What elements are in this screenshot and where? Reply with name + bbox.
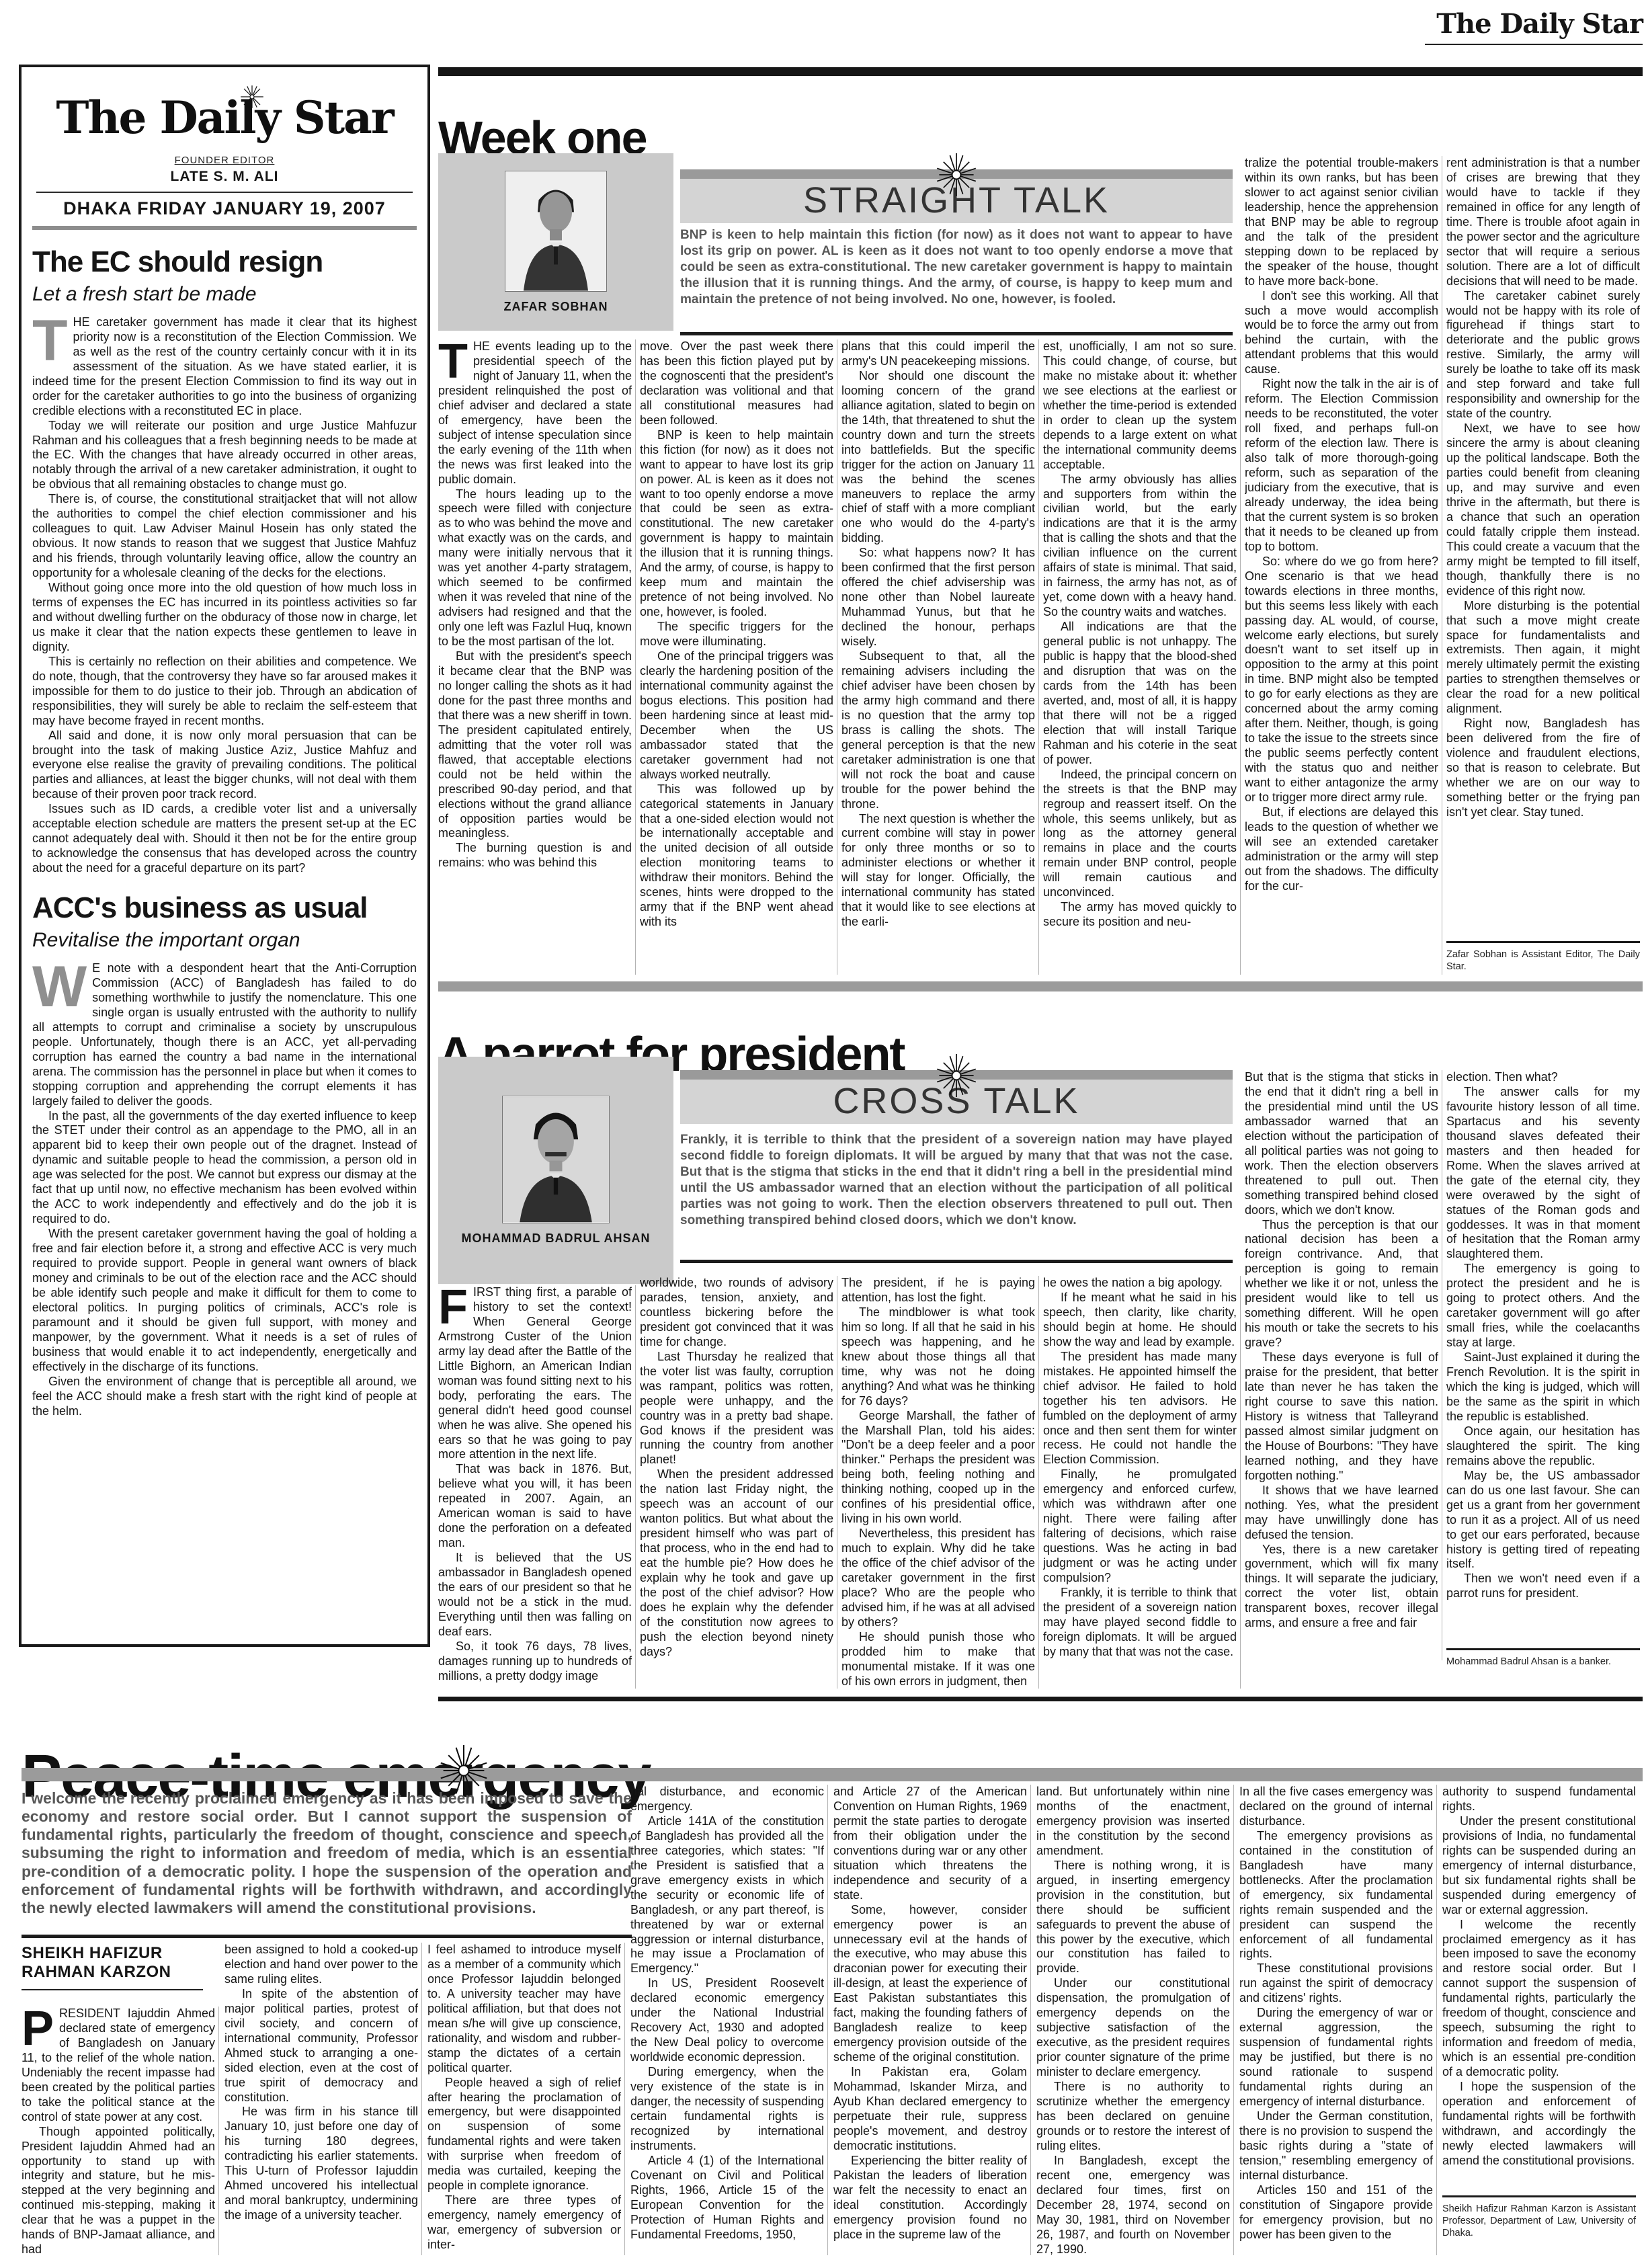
paragraph: Under the German constitution, there is … xyxy=(1239,2109,1433,2183)
paragraph: I don't see this working. All that such … xyxy=(1245,289,1438,378)
paragraph: Experiencing the bitter reality of Pakis… xyxy=(833,2154,1027,2242)
paragraph: Under our constitutional dispensation, t… xyxy=(1036,1976,1230,2080)
article-column: plans that this could imperil the army's… xyxy=(841,339,1039,975)
article-column: election. Then what?The answer calls for… xyxy=(1446,1070,1640,1643)
paragraph: The army has moved quickly to secure its… xyxy=(1043,900,1237,930)
article-column: But that is the stigma that sticks in th… xyxy=(1245,1070,1442,1660)
article-column: been assigned to hold a cooked-up electi… xyxy=(224,1943,422,2255)
article-column: nal disturbance, and economic emergency.… xyxy=(630,1785,828,2255)
founder-editor-name: LATE S. M. ALI xyxy=(32,169,417,185)
paragraph: Indeed, the principal concern on the str… xyxy=(1043,768,1237,901)
section-rule-gray xyxy=(22,1768,1643,1781)
section-rule-gray xyxy=(438,981,1643,991)
paragraph: nal disturbance, and economic emergency. xyxy=(630,1785,824,1814)
paragraph: So: what happens now? It has been confir… xyxy=(841,546,1035,649)
paragraph: election. Then what? xyxy=(1446,1070,1640,1085)
newspaper-title: The Daily Star xyxy=(32,91,417,144)
article-column: THE events leading up to the presidentia… xyxy=(438,339,636,975)
paragraph: Next, we have to see how sincere the arm… xyxy=(1446,421,1640,598)
editorial-ec-article: The EC should resign Let a fresh start b… xyxy=(32,247,417,876)
paragraph: During the emergency of war or external … xyxy=(1239,2006,1433,2109)
article-column: tralize the potential trouble-makers wit… xyxy=(1245,156,1442,975)
paragraph: Given the environment of change that is … xyxy=(32,1375,417,1419)
paragraph: Yes, there is a new caretaker government… xyxy=(1245,1543,1438,1631)
article-column: land. But unfortunately within nine mont… xyxy=(1036,1785,1234,2255)
paragraph: The next question is whether the current… xyxy=(841,812,1035,930)
corner-logo: The Daily Star xyxy=(1425,8,1643,45)
paragraph: and Article 27 of the American Conventio… xyxy=(833,1785,1027,1903)
paragraph: There is, of course, the constitutional … xyxy=(32,492,417,581)
paragraph: Thus the perception is that our national… xyxy=(1245,1218,1438,1351)
paragraph: Last Thursday he realized that the voter… xyxy=(640,1350,833,1468)
starburst-icon xyxy=(935,153,978,196)
article-column: PRESIDENT Iajuddin Ahmed declared state … xyxy=(22,2007,219,2255)
paragraph: The president has made many mistakes. He… xyxy=(1043,1350,1237,1468)
paragraph: THE caretaker government has made it cle… xyxy=(32,315,417,419)
editorial-acc-article: ACC's business as usual Revitalise the i… xyxy=(32,893,417,1418)
paragraph: Though appointed politically, President … xyxy=(22,2125,215,2255)
paragraph: THE events leading up to the presidentia… xyxy=(438,339,632,487)
author-name: MOHAMMAD BADRUL AHSAN xyxy=(438,1231,673,1246)
paragraph: But, if elections are delayed this leads… xyxy=(1245,805,1438,894)
paragraph: All said and done, it is now only moral … xyxy=(32,729,417,803)
paragraph: Finally, he promulgated emergency and en… xyxy=(1043,1467,1237,1586)
editorial-headline: The EC should resign xyxy=(32,247,417,278)
paragraph: PRESIDENT Iajuddin Ahmed declared state … xyxy=(22,2007,215,2125)
paragraph: Right now the talk in the air is of refo… xyxy=(1245,377,1438,554)
paragraph: WE note with a despondent heart that the… xyxy=(32,961,417,1109)
article-column: FIRST thing first, a parable of history … xyxy=(438,1285,636,1689)
paragraph: land. But unfortunately within nine mont… xyxy=(1036,1785,1230,1859)
paragraph: est, unofficially, I am not so sure. Thi… xyxy=(1043,339,1237,473)
editorial-subhead: Revitalise the important organ xyxy=(32,929,417,952)
section-rule-black xyxy=(438,1697,1643,1701)
paragraph: It is believed that the US ambassador in… xyxy=(438,1551,632,1639)
paragraph: Under the present constitutional provisi… xyxy=(1442,1814,1636,1918)
paragraph: So, it took 76 days, 78 lives, damages r… xyxy=(438,1639,632,1684)
paragraph: FIRST thing first, a parable of history … xyxy=(438,1285,632,1462)
paragraph: he owes the nation a big apology. xyxy=(1043,1276,1237,1291)
paragraph: May be, the US ambassador can do us one … xyxy=(1446,1469,1640,1572)
paragraph: Article 4 (1) of the International Coven… xyxy=(630,2154,824,2242)
masthead-logo: The Daily Star xyxy=(32,91,417,144)
author-bio: Zafar Sobhan is Assistant Editor, The Da… xyxy=(1446,941,1640,973)
paragraph: move. Over the past week there has been … xyxy=(640,339,833,428)
paragraph: In Bangladesh, except the recent one, em… xyxy=(1036,2154,1230,2255)
masthead-star-icon xyxy=(240,85,264,109)
paragraph: The army obviously has allies and suppor… xyxy=(1043,473,1237,620)
paragraph: tralize the potential trouble-makers wit… xyxy=(1245,156,1438,289)
paragraph: BNP is keen to help maintain this fictio… xyxy=(640,428,833,620)
paragraph: These days everyone is full of praise fo… xyxy=(1245,1350,1438,1484)
paragraph: been assigned to hold a cooked-up electi… xyxy=(224,1943,418,1987)
paragraph: Saint-Just explained it during the Frenc… xyxy=(1446,1350,1640,1424)
article-column: and Article 27 of the American Conventio… xyxy=(833,1785,1031,2255)
paragraph: He was firm in his stance till January 1… xyxy=(224,2105,418,2223)
paragraph: Without going once more into the old que… xyxy=(32,581,417,655)
editorial-headline: ACC's business as usual xyxy=(32,893,417,924)
paragraph: In the past, all the governments of the … xyxy=(32,1109,417,1227)
paragraph: So: where do we go from here? One scenar… xyxy=(1245,555,1438,805)
article-standfirst: BNP is keen to help maintain this fictio… xyxy=(680,227,1233,335)
article-column: est, unofficially, I am not so sure. Thi… xyxy=(1043,339,1241,975)
paragraph: All indications are that the general pub… xyxy=(1043,620,1237,768)
article-standfirst: I welcome the recently proclaimed emerge… xyxy=(22,1789,632,1938)
editorial-box: The Daily Star FOUNDER EDITOR LATE S. M.… xyxy=(19,65,430,1647)
paragraph: There is nothing wrong, it is argued, in… xyxy=(1036,1859,1230,1977)
paragraph: With the present caretaker government ha… xyxy=(32,1227,417,1375)
paragraph: plans that this could imperil the army's… xyxy=(841,339,1035,369)
paragraph: I welcome the recently proclaimed emerge… xyxy=(1442,1918,1636,2080)
masthead: The Daily Star FOUNDER EDITOR LATE S. M.… xyxy=(32,91,417,230)
paragraph: It shows that we have learned nothing. Y… xyxy=(1245,1484,1438,1543)
paragraph: I feel ashamed to introduce myself as a … xyxy=(427,1943,621,2076)
paragraph: This was followed up by categorical stat… xyxy=(640,782,833,930)
paragraph: Today we will reiterate our position and… xyxy=(32,419,417,493)
paragraph: That was back in 1876. But, believe what… xyxy=(438,1462,632,1551)
paragraph: Some, however, consider emergency power … xyxy=(833,1903,1027,2065)
column-banner-cross-talk: CROSS TALK xyxy=(680,1070,1233,1124)
paragraph: The answer calls for my favourite histor… xyxy=(1446,1085,1640,1262)
paragraph: Issues such as ID cards, a credible vote… xyxy=(32,802,417,876)
paragraph: More disturbing is the potential that su… xyxy=(1446,599,1640,717)
article-column: he owes the nation a big apology.If he m… xyxy=(1043,1276,1241,1689)
paragraph: During emergency, when the very existenc… xyxy=(630,2065,824,2154)
paragraph: Right now, Bangladesh has been delivered… xyxy=(1446,717,1640,820)
paragraph: There is no authority to scrutinize whet… xyxy=(1036,2080,1230,2154)
paragraph: Article 141A of the constitution of Bang… xyxy=(630,1814,824,1976)
paragraph: Nevertheless, this president has much to… xyxy=(841,1527,1035,1630)
paragraph: In all the five cases emergency was decl… xyxy=(1239,1785,1433,1829)
section-rule-black xyxy=(438,67,1643,76)
paragraph: But with the president's speech it becam… xyxy=(438,649,632,841)
author-photo-zafar-sobhan xyxy=(505,171,607,292)
article-column: authority to suspend fundamental rights.… xyxy=(1442,1785,1636,2191)
paragraph: Frankly, it is terrible to think that th… xyxy=(1043,1586,1237,1660)
article-column: I feel ashamed to introduce myself as a … xyxy=(427,1943,625,2255)
starburst-icon xyxy=(935,1054,978,1097)
paragraph: In spite of the abstention of major poli… xyxy=(224,1987,418,2105)
paragraph: I hope the suspension of the operation a… xyxy=(1442,2080,1636,2169)
paragraph: These constitutional provisions run agai… xyxy=(1239,1961,1433,2006)
paragraph: When the president addressed the nation … xyxy=(640,1467,833,1659)
paragraph: Subsequent to that, all the remaining ad… xyxy=(841,649,1035,811)
divider-rule xyxy=(32,226,417,230)
article-column: worldwide, two rounds of advisory parade… xyxy=(640,1276,837,1689)
newspaper-page: The Daily Star FOUNDER EDITOR LATE S. M.… xyxy=(0,0,1648,2268)
paragraph: If he meant what he said in his speech, … xyxy=(1043,1291,1237,1350)
paragraph: In Pakistan era, Golam Mohammad, Iskande… xyxy=(833,2065,1027,2154)
paragraph: The mindblower is what took him so long.… xyxy=(841,1305,1035,1409)
paragraph: Nor should one discount the looming conc… xyxy=(841,369,1035,546)
paragraph: There are three types of emergency, name… xyxy=(427,2193,621,2253)
paragraph: worldwide, two rounds of advisory parade… xyxy=(640,1276,833,1350)
article-column: In all the five cases emergency was decl… xyxy=(1239,1785,1437,2255)
author-panel-badrul-ahsan: MOHAMMAD BADRUL AHSAN xyxy=(438,1057,673,1284)
founder-editor-label: FOUNDER EDITOR xyxy=(32,155,417,166)
paragraph: One of the principal triggers was clearl… xyxy=(640,649,833,782)
author-name: ZAFAR SOBHAN xyxy=(438,300,673,314)
paragraph: The burning question is and remains: who… xyxy=(438,841,632,870)
author-panel-zafar-sobhan: ZAFAR SOBHAN xyxy=(438,153,673,331)
paragraph: People heaved a sigh of relief after hea… xyxy=(427,2076,621,2194)
paragraph: rent administration is that a number of … xyxy=(1446,156,1640,289)
paragraph: He should punish those who prodded him t… xyxy=(841,1630,1035,1689)
paragraph: authority to suspend fundamental rights. xyxy=(1442,1785,1636,1814)
paragraph: The hours leading up to the speech were … xyxy=(438,487,632,649)
paragraph: But that is the stigma that sticks in th… xyxy=(1245,1070,1438,1218)
paragraph: Articles 150 and 151 of the constitution… xyxy=(1239,2183,1433,2242)
paragraph: This is certainly no reflection on their… xyxy=(32,655,417,729)
paragraph: The president, if he is paying attention… xyxy=(841,1276,1035,1305)
editorial-body: WE note with a despondent heart that the… xyxy=(32,961,417,1419)
paragraph: George Marshall, the father of the Marsh… xyxy=(841,1409,1035,1527)
paragraph: The emergency provisions as contained in… xyxy=(1239,1829,1433,1962)
article-column: rent administration is that a number of … xyxy=(1446,156,1640,936)
paragraph: The emergency is going to protect the pr… xyxy=(1446,1262,1640,1350)
author-bio: Sheikh Hafizur Rahman Karzon is Assistan… xyxy=(1442,2195,1636,2239)
article-column: move. Over the past week there has been … xyxy=(640,339,837,975)
dateline: DHAKA FRIDAY JANUARY 19, 2007 xyxy=(32,198,417,219)
paragraph: The caretaker cabinet surely would not b… xyxy=(1446,289,1640,422)
editorial-body: THE caretaker government has made it cle… xyxy=(32,315,417,876)
column-banner-straight-talk: STRAIGHT TALK xyxy=(680,169,1233,223)
author-photo-badrul-ahsan xyxy=(502,1096,610,1223)
paragraph: Then we won't need even if a parrot runs… xyxy=(1446,1572,1640,1601)
paragraph: Once again, our hesitation has slaughter… xyxy=(1446,1424,1640,1469)
paragraph: In US, President Roosevelt declared econ… xyxy=(630,1976,824,2065)
paragraph: The specific triggers for the move were … xyxy=(640,620,833,649)
divider-rule xyxy=(36,192,413,193)
article-column: The president, if he is paying attention… xyxy=(841,1276,1039,1689)
byline-karzon: SHEIKH HAFIZUR RAHMAN KARZON xyxy=(22,1944,203,1990)
article-standfirst: Frankly, it is terrible to think that th… xyxy=(680,1132,1233,1263)
starburst-icon xyxy=(438,1745,489,1796)
author-bio: Mohammad Badrul Ahsan is a banker. xyxy=(1446,1648,1640,1668)
editorial-subhead: Let a fresh start be made xyxy=(32,283,417,306)
